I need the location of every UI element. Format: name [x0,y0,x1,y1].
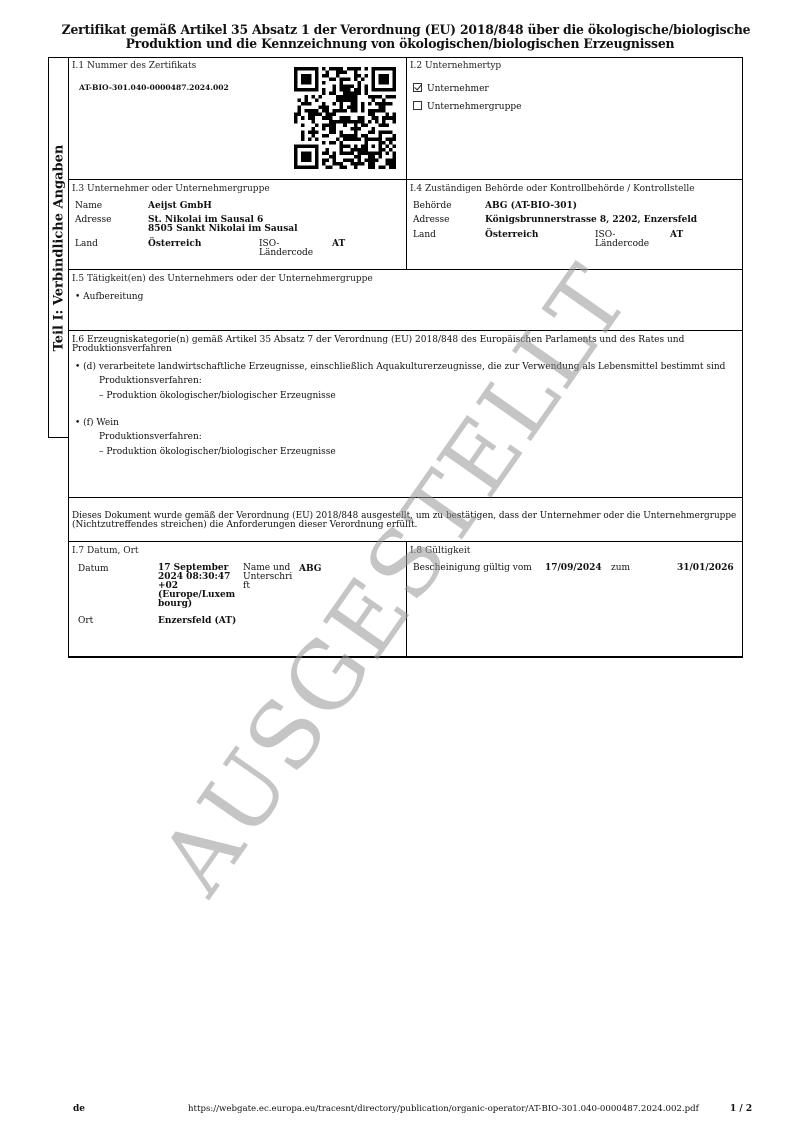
part-one-side-tab: Teil I: Verbindliche Angaben [48,57,69,438]
section-authority: I.4 Zuständigen Behörde oder Kontrollbeh… [406,179,743,270]
title-line-1: Zertifikat gemäß Artikel 35 Absatz 1 der… [62,24,739,38]
valid-from-label: Bescheinigung gültig vom [413,563,532,573]
section-operator: I.3 Unternehmer oder Unternehmergruppe N… [68,179,407,270]
footer-url-link[interactable]: https://webgate.ec.europa.eu/tracesnt/di… [188,1104,699,1114]
section-label-2: Produktionsverfahren [72,344,172,354]
activity-item: • Aufbereitung [75,292,143,302]
document-title: Zertifikat gemäß Artikel 35 Absatz 1 der… [40,24,760,52]
checkbox-unchecked-icon[interactable] [413,101,422,110]
section-label: I.1 Nummer des Zertifikats [72,61,196,71]
option-operator-group[interactable]: Unternehmergruppe [413,101,521,112]
checkbox-checked-icon[interactable] [413,83,422,92]
production-method: – Produktion ökologischer/biologischer E… [99,447,336,457]
iso-code: AT [670,230,683,240]
address-label: Adresse [75,215,111,225]
valid-to-date: 31/01/2026 [677,563,734,573]
name-label: Name [75,201,102,211]
footer-page-number: 1 / 2 [730,1104,752,1114]
category-item: • (d) verarbeitete landwirtschaftliche E… [75,362,725,372]
section-operator-type: I.2 Unternehmertyp Unternehmer Unternehm… [406,57,743,180]
iso-code: AT [332,239,345,249]
category-item: • (f) Wein [75,418,119,428]
country-label: Land [75,239,98,249]
footer-language: de [73,1104,85,1114]
title-line-2: Produktion und die Kennzeichnung von öko… [62,38,739,52]
authority-label: Behörde [413,201,452,211]
section-label: I.5 Tätigkeit(en) des Unternehmers oder … [72,274,373,284]
date-value: 17 September 2024 08:30:47 +02 (Europe/L… [158,564,235,609]
section-label: I.4 Zuständigen Behörde oder Kontrollbeh… [410,184,695,194]
production-method-label: Produktionsverfahren: [99,376,202,386]
section-label: I.7 Datum, Ort [72,546,139,556]
production-method: – Produktion ökologischer/biologischer E… [99,391,336,401]
operator-name: Aeijst GmbH [148,201,212,211]
valid-from-date: 17/09/2024 [545,563,602,573]
certificate-number: AT-BIO-301.040-0000487.2024.002 [79,83,229,92]
qr-code-icon [294,67,396,169]
place-value: Enzersfeld (AT) [158,616,236,626]
option-operator[interactable]: Unternehmer [413,83,489,94]
date-label: Datum [78,564,109,574]
side-tab-label: Teil I: Verbindliche Angaben [52,144,67,351]
authority-address: Königsbrunnerstrasse 8, 2202, Enzersfeld [485,215,697,225]
signature-label: Name und Unterschri ft [243,564,292,591]
section-date-place: I.7 Datum, Ort Datum 17 September 2024 0… [68,541,407,658]
authority-name: ABG (AT-BIO-301) [485,201,577,211]
signature-value: ABG [299,564,321,574]
country-label: Land [413,230,436,240]
production-method-label: Produktionsverfahren: [99,432,202,442]
place-label: Ort [78,616,93,626]
iso-label-2: Ländercode [259,248,313,258]
country: Österreich [148,239,201,249]
country: Österreich [485,230,538,240]
section-validity: I.8 Gültigkeit Bescheinigung gültig vom … [406,541,743,658]
statement-line-2: (Nichtzutreffendes streichen) die Anford… [72,520,417,530]
certification-statement: Dieses Dokument wurde gemäß der Verordnu… [68,497,743,542]
section-product-categories: I.6 Erzeugniskategorie(n) gemäß Artikel … [68,330,743,498]
address-line-2: 8505 Sankt Nikolai im Sausal [148,224,298,234]
iso-label-2: Ländercode [595,239,649,249]
valid-to-label: zum [611,563,630,573]
section-label: I.2 Unternehmertyp [410,61,501,71]
section-activities: I.5 Tätigkeit(en) des Unternehmers oder … [68,269,743,331]
section-label: I.3 Unternehmer oder Unternehmergruppe [72,184,270,194]
address-label: Adresse [413,215,449,225]
section-label: I.8 Gültigkeit [410,546,470,556]
